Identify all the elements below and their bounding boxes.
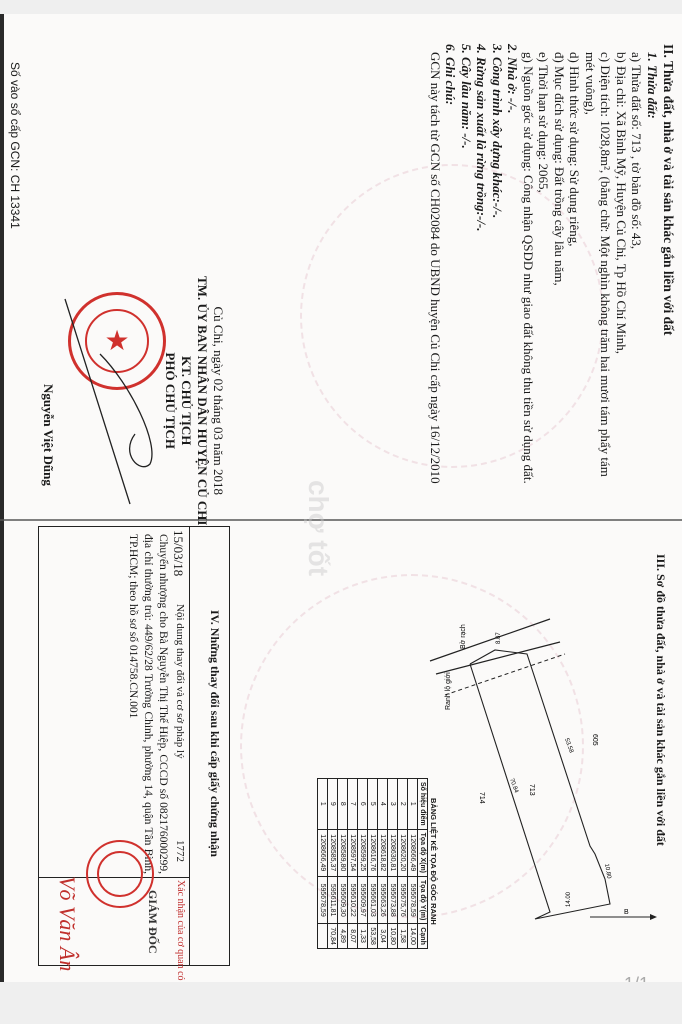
coords-cell: 10,80 — [388, 924, 398, 949]
parcel-address: b) Địa chỉ: Xã Bình Mỹ, Huyện Củ Chi, Tp… — [614, 44, 630, 484]
label-parcel: 713 — [528, 784, 535, 796]
perennial-trees: 5. Cây lâu năm: -/-. — [459, 44, 475, 484]
coords-table-title: BẢNG LIỆT KÊ TỌA ĐỘ GÓC RANH — [429, 798, 438, 925]
coords-cell: 3,04 — [378, 924, 388, 949]
coords-cell: 1208666,49 — [408, 829, 418, 876]
coords-table: Số hiệu điểm Tọa độ X(m) Tọa độ Y(m) Cạn… — [317, 778, 428, 949]
north-marker: B — [624, 909, 629, 916]
confirm-header-text: Xác nhận của cơ quan có thẩm quyền — [175, 880, 186, 982]
coords-cell: 1 — [408, 779, 418, 830]
parcel-heading: 1. Thửa đất: — [645, 44, 661, 484]
coords-cell: 2 — [398, 779, 408, 830]
coords-header: Số hiệu điểm — [418, 779, 428, 830]
coords-cell: 4,89 — [338, 924, 348, 949]
confirm-title: GIÁM ĐỐC — [145, 890, 160, 954]
label-canal: Bờ rạch — [460, 624, 467, 649]
coords-table-wrap: Số hiệu điểm Tọa độ X(m) Tọa độ Y(m) Cạn… — [317, 778, 428, 949]
chotot-watermark: chợ tốt — [302, 480, 334, 576]
issuing-org: TM. ỦY BAN NHÂN DÂN HUYỆN CỦ CHI — [194, 276, 210, 525]
office-red-stamp — [86, 840, 154, 908]
usage-term: e) Thời hạn sử dụng: 2065, — [536, 44, 552, 484]
coords-row: 91208585,37595611,8170,84 — [328, 779, 338, 949]
coords-cell: 595678,59 — [318, 877, 328, 924]
coords-cell: 1,33 — [358, 924, 368, 949]
coords-cell: 1208599,25 — [358, 829, 368, 876]
parcel-number: a) Thửa đất số: 713 , tờ bản đồ số: 43, — [629, 44, 645, 484]
label-south-neighbor: 714 — [478, 792, 485, 804]
usage-origin: g) Nguồn gốc sử dụng: Công nhận QSDD như… — [521, 44, 537, 484]
content-header-text: Nội dung thay đổi và cơ sở pháp lý — [174, 604, 186, 759]
page-indicator: 1/1 — [624, 974, 649, 982]
page-fold-line — [0, 519, 682, 521]
parcel-area: c) Diện tích: 1028,8m², (bằng chữ: Một n… — [598, 44, 614, 484]
coords-cell: 1208620,20 — [398, 829, 408, 876]
coords-row: 11208666,49595678,5914,00 — [408, 779, 418, 949]
coords-header: Cạnh — [418, 924, 428, 949]
coords-row: 51208616,76595661,0353,58 — [368, 779, 378, 949]
coords-cell: 53,58 — [368, 924, 378, 949]
coords-row: 81208589,80595609,304,89 — [338, 779, 348, 949]
coords-cell: 595678,59 — [408, 877, 418, 924]
usage-form: d) Hình thức sử dụng: Sử dụng riêng, — [567, 44, 583, 484]
coords-cell: 14,00 — [408, 924, 418, 949]
section-iv-title: IV. Những thay đổi sau khi cấp giấy chứn… — [207, 610, 222, 857]
section-ii: II. Thửa đất, nhà ở và tài sản khác gắn … — [428, 44, 677, 484]
coords-row: 11208666,49595678,59 — [318, 779, 328, 949]
change-date: 15/03/18 — [170, 530, 186, 576]
coords-cell: 595611,81 — [328, 877, 338, 924]
confirm-signer: Võ Văn Ân — [54, 876, 80, 971]
house: 2. Nhà ở: -/-. — [505, 44, 521, 484]
document-viewer: II. Thửa đất, nhà ở và tài sản khác gắn … — [0, 0, 682, 1024]
parcel-sketch: 713 605 714 Bờ rạch Ranh lộ giới B 53.58… — [410, 614, 682, 934]
coords-header: Tọa độ X(m) — [418, 829, 428, 876]
coords-cell: 595675,76 — [398, 877, 408, 924]
coords-cell: 9 — [328, 779, 338, 830]
signer-name: Nguyễn Việt Dũng — [40, 384, 56, 486]
coords-row: 41208618,82595663,263,04 — [378, 779, 388, 949]
reference-mark: 1772 — [174, 840, 186, 862]
coords-cell: 7 — [348, 779, 358, 830]
coords-cell: 1 — [318, 779, 328, 830]
transfer-content: Chuyển nhượng cho Bà Nguyễn Thị Thế Hiệp… — [125, 534, 170, 874]
coords-cell: 6 — [358, 779, 368, 830]
edge-label: 53.58 — [563, 738, 574, 755]
coords-cell: 5 — [368, 779, 378, 830]
coords-cell: 595673,88 — [388, 877, 398, 924]
coords-cell: 595610,22 — [348, 877, 358, 924]
coords-row: 31208630,81595673,8810,80 — [388, 779, 398, 949]
edge-label: 8.07 — [496, 632, 502, 644]
transfer-content-text: Chuyển nhượng cho Bà Nguyễn Thị Thế Hiệp… — [127, 534, 169, 874]
signer-name-text: Nguyễn Việt Dũng — [41, 384, 56, 486]
usage-purpose: đ) Mục đích sử dụng: Đất trồng cây lâu n… — [552, 44, 568, 484]
other-construction: 3. Công trình xây dựng khác:-/-. — [490, 44, 506, 484]
confirm-signer-text: Võ Văn Ân — [55, 876, 80, 971]
coords-cell: 595609,30 — [338, 877, 348, 924]
coords-cell: 1208597,54 — [348, 829, 358, 876]
coords-header: Tọa độ Y(m) — [418, 877, 428, 924]
coords-cell: 1,58 — [398, 924, 408, 949]
label-boundary: Ranh lộ giới — [445, 672, 452, 710]
content-header: Nội dung thay đổi và cơ sở pháp lý — [174, 604, 186, 759]
reference-mark-text: 1772 — [174, 840, 186, 862]
coords-cell: 1208666,49 — [318, 829, 328, 876]
coords-cell: 1208585,37 — [328, 829, 338, 876]
edge-label: 14.00 — [566, 891, 572, 907]
change-date-text: 15/03/18 — [171, 530, 186, 576]
notes-text: GCN này tách từ GCN số CH02084 do UBND h… — [428, 44, 444, 484]
parcel-area-cont: mét vuông), — [583, 44, 599, 484]
coords-cell: 1208589,80 — [338, 829, 348, 876]
scanned-certificate-page: II. Thửa đất, nhà ở và tài sản khác gắn … — [0, 14, 682, 982]
coords-cell: 70,84 — [328, 924, 338, 949]
coords-row: 61208599,25595609,971,33 — [358, 779, 368, 949]
coords-cell: 595663,26 — [378, 877, 388, 924]
watermark-text: chợ tốt — [303, 480, 334, 576]
section-iv-title-text: IV. Những thay đổi sau khi cấp giấy chứn… — [208, 610, 222, 857]
notes-heading: 6. Ghi chú: — [443, 44, 459, 484]
confirm-header: Xác nhận của cơ quan có thẩm quyền — [175, 880, 186, 982]
coords-cell: 1208616,76 — [368, 829, 378, 876]
page-indicator-text: 1/1 — [624, 974, 649, 982]
production-forest: 4. Rừng sản xuất là rừng trồng:-/-. — [474, 44, 490, 484]
coords-cell: 595609,97 — [358, 877, 368, 924]
coords-cell: 4 — [378, 779, 388, 830]
section-ii-title: II. Thửa đất, nhà ở và tài sản khác gắn … — [660, 44, 676, 484]
coords-row: 71208597,54595610,228,07 — [348, 779, 358, 949]
label-north-neighbor: 605 — [591, 734, 598, 746]
registry-number-text: Số vào sổ cấp GCN: CH 13341 — [8, 62, 22, 229]
coords-cell: 1208618,82 — [378, 829, 388, 876]
coords-row: 21208620,20595675,761,58 — [398, 779, 408, 949]
coords-cell: 8 — [338, 779, 348, 830]
coords-table-title-text: BẢNG LIỆT KÊ TỌA ĐỘ GÓC RANH — [429, 798, 438, 925]
coords-cell: 8,07 — [348, 924, 358, 949]
coords-cell — [318, 924, 328, 949]
issue-date: Củ Chi, ngày 02 tháng 03 năm 2018 — [210, 276, 226, 525]
confirm-title-text: GIÁM ĐỐC — [146, 890, 160, 954]
coords-cell: 3 — [388, 779, 398, 830]
coords-cell: 595661,03 — [368, 877, 378, 924]
coords-cell: 1208630,81 — [388, 829, 398, 876]
signer-role-1: KT. CHỦ TỊCH — [178, 276, 194, 525]
signature-scribble — [60, 294, 180, 514]
registry-number: Số vào sổ cấp GCN: CH 13341 — [8, 62, 22, 229]
